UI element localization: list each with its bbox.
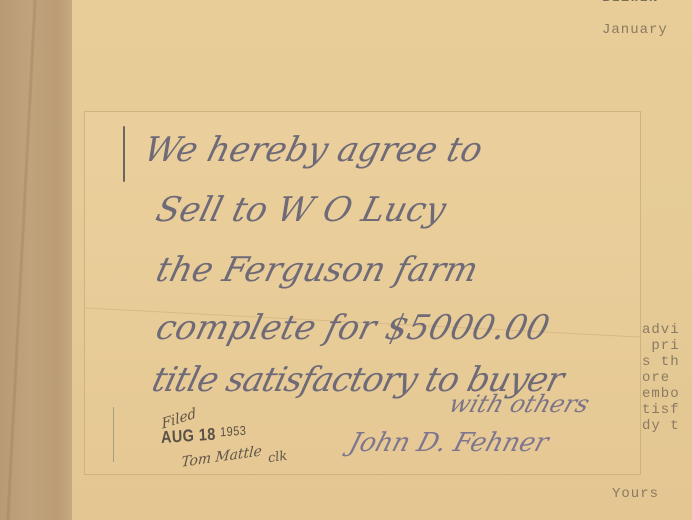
letter-body-line: s th	[642, 354, 680, 370]
handwritten-note-card: We hereby agree to Sell to W O Lucy the …	[85, 112, 640, 474]
letter-date-fragment: January	[602, 22, 668, 38]
letter-body-fragments: advi pri s th ore embo tisf dy t	[642, 322, 680, 434]
letter-body-line: ore	[642, 370, 680, 386]
stamp-date-day: AUG 18	[161, 425, 217, 447]
pencil-margin-mark	[123, 126, 125, 182]
letter-heading-fragment: BLEWIN	[602, 0, 658, 6]
letter-body-line: tisf	[642, 402, 680, 418]
stamp-clerk-name: Tom Mattle	[181, 443, 262, 471]
signature: John D. Fehner	[346, 428, 552, 458]
note-line-1: We hereby agree to	[140, 130, 487, 170]
filed-date-stamp: Filed AUG 18 1953 Tom Mattleclk	[161, 410, 287, 466]
letter-closing-fragment: Yours	[612, 486, 659, 502]
letter-body-line: embo	[642, 386, 680, 402]
pencil-margin-mark-lower	[113, 407, 114, 462]
stamp-clerk-suffix: clk	[267, 449, 288, 467]
note-line-6: with others	[445, 390, 593, 418]
note-line-3: the Ferguson farm	[152, 250, 482, 290]
note-line-4: complete for $5000.00	[152, 308, 553, 348]
left-backing-strip	[0, 0, 72, 520]
note-line-2: Sell to W O Lucy	[152, 190, 450, 230]
letter-body-line: advi	[642, 322, 680, 338]
letter-body-line: pri	[642, 338, 680, 354]
letter-body-line: dy t	[642, 418, 680, 434]
stamp-date-year: 1953	[220, 423, 247, 440]
